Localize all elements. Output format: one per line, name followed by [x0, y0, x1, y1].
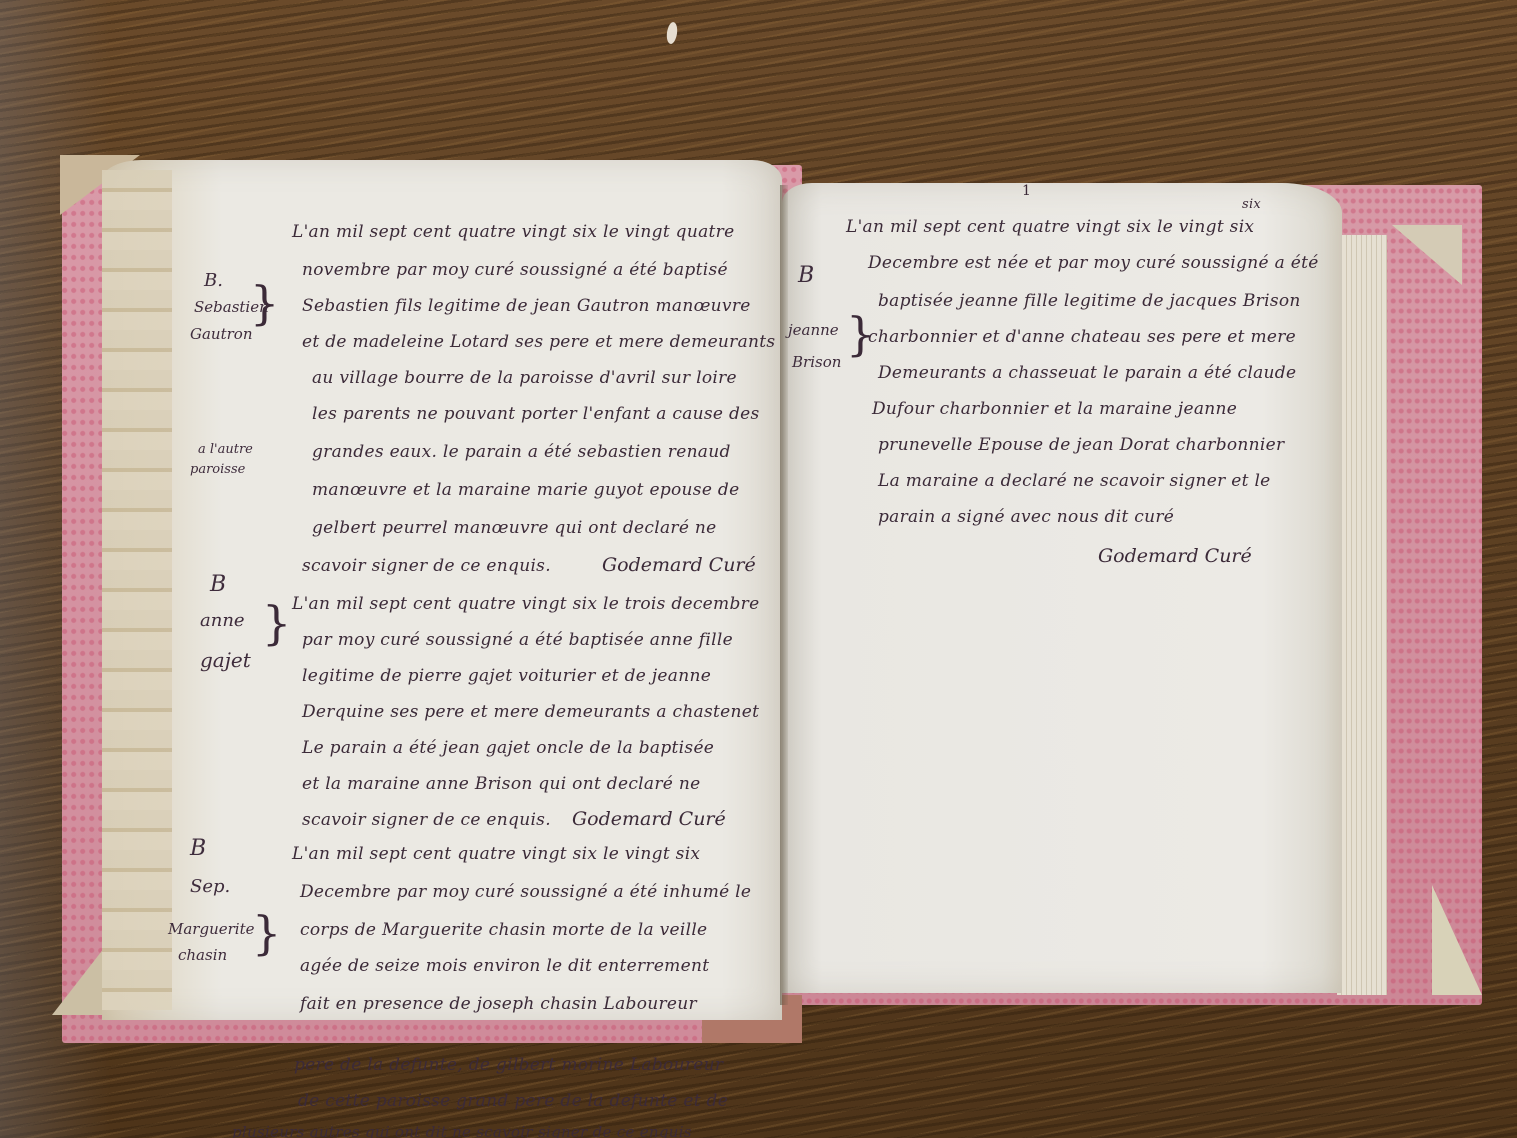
entry-line: agée de seize mois environ le dit enterr… — [300, 956, 709, 976]
entry-line: La maraine a declaré ne scavoir signer e… — [878, 471, 1271, 491]
margin-baptism-mark: B — [210, 572, 226, 597]
entry-line: au village bourre de la paroisse d'avril… — [312, 368, 737, 388]
folio-number: 1 — [1022, 183, 1031, 199]
entry-line: Sebastien fils legitime de jean Gautron … — [302, 296, 751, 316]
margin-name: anne — [200, 610, 245, 631]
page-stack-edge — [1337, 235, 1387, 995]
margin-surname: gajet — [200, 648, 251, 672]
entry-line: novembre par moy curé soussigné a été ba… — [302, 260, 728, 280]
margin-baptism-mark: B — [798, 263, 814, 288]
margin-baptism-mark: B. — [204, 270, 223, 291]
entry-line: corps de Marguerite chasin morte de la v… — [300, 920, 707, 940]
margin-name: jeanne — [788, 321, 839, 339]
entry-line: charbonnier et d'anne chateau ses pere e… — [868, 327, 1296, 347]
entry-line: L'an mil sept cent quatre vingt six le v… — [846, 217, 1254, 237]
interlinear-correction: six — [1242, 197, 1261, 212]
entry-line: gelbert peurrel manœuvre qui ont declaré… — [312, 518, 717, 538]
entry-line: L'an mil sept cent quatre vingt six le v… — [292, 222, 734, 242]
brace: } — [250, 280, 279, 326]
entry-line: Derquine ses pere et mere demeurants a c… — [302, 702, 759, 722]
entry-line: pere de la defunte, de gilbert morine La… — [294, 1055, 723, 1075]
entry-line: Demeurants a chasseuat le parain a été c… — [878, 363, 1296, 383]
entry-line: fait en presence de joseph chasin Labour… — [300, 994, 697, 1014]
margin-baptism-mark: B — [190, 836, 206, 861]
entry-line: prunevelle Epouse de jean Dorat charbonn… — [878, 435, 1284, 455]
book-gutter — [780, 185, 788, 1005]
entry-line: plusieurs autres qui ont dit ne scavoir … — [232, 1123, 692, 1138]
entry-line: les parents ne pouvant porter l'enfant a… — [312, 404, 760, 424]
margin-note: a l'autre — [198, 442, 253, 457]
margin-burial-mark: Sep. — [190, 876, 230, 897]
priest-signature: Godemard Curé — [602, 554, 756, 576]
margin-surname: Brison — [792, 353, 841, 371]
entry-line: manœuvre et la maraine marie guyot epous… — [312, 480, 739, 500]
entry-line: et la maraine anne Brison qui ont declar… — [302, 774, 700, 794]
entry-line: grandes eaux. le parain a été sebastien … — [312, 442, 731, 462]
entry-line: L'an mil sept cent quatre vingt six le t… — [292, 594, 759, 614]
entry-line: parain a signé avec nous dit curé — [878, 507, 1174, 527]
entry-line: par moy curé soussigné a été baptisée an… — [302, 630, 733, 650]
margin-name: Marguerite — [168, 920, 254, 938]
entry-line: Decembre est née et par moy curé soussig… — [868, 253, 1319, 273]
entry-line: Le parain a été jean gajet oncle de la b… — [302, 738, 714, 758]
entry-line: de cette paroisse grand pere de la defun… — [298, 1091, 728, 1111]
entry-line: Decembre par moy curé soussigné a été in… — [300, 882, 751, 902]
margin-note: paroisse — [190, 462, 245, 477]
entry-line: L'an mil sept cent quatre vingt six le v… — [292, 844, 700, 864]
entry-line: scavoir signer de ce enquis. — [302, 810, 551, 830]
margin-surname: Gautron — [190, 325, 252, 343]
entry-line: et de madeleine Lotard ses pere et mere … — [302, 332, 775, 352]
entry-line: legitime de pierre gajet voiturier et de… — [302, 666, 711, 686]
table-mark — [666, 21, 679, 44]
brace: } — [262, 600, 291, 646]
torn-page-edge — [102, 170, 172, 1010]
margin-surname: chasin — [178, 946, 227, 964]
brace: } — [252, 910, 281, 956]
entry-line: Dufour charbonnier et la maraine jeanne — [872, 399, 1237, 419]
left-page: B. Sebastien Gautron } a l'autre paroiss… — [102, 160, 782, 1020]
priest-signature: Godemard Curé — [1098, 545, 1252, 567]
entry-line: scavoir signer de ce enquis. — [302, 556, 551, 576]
entry-line: baptisée jeanne fille legitime de jacque… — [878, 291, 1301, 311]
priest-signature: Godemard Curé — [572, 808, 726, 830]
open-register-book: B. Sebastien Gautron } a l'autre paroiss… — [62, 155, 1482, 1055]
right-page: 1 B jeanne Brison } six L'an mil sept ce… — [782, 183, 1342, 993]
